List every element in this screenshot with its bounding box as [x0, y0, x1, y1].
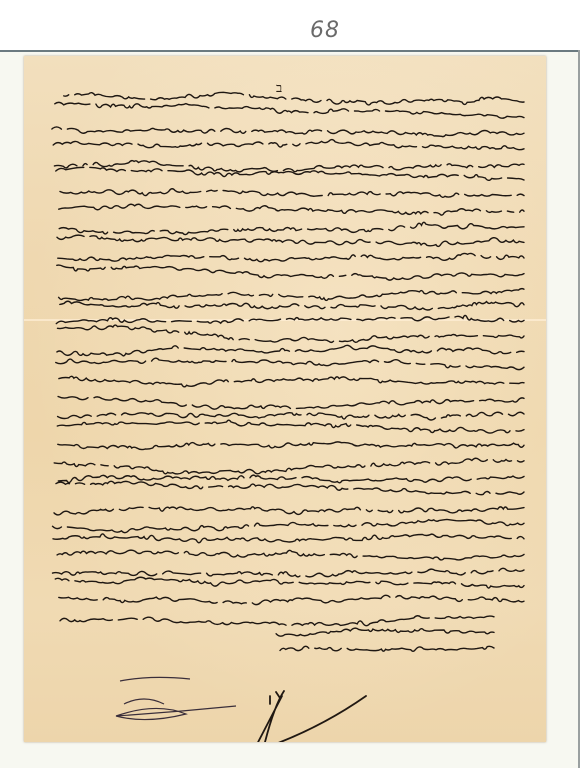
handwritten-line [53, 140, 524, 150]
handwritten-line [58, 92, 524, 105]
handwritten-line [60, 189, 524, 198]
handwritten-line [55, 577, 524, 588]
handwritten-line [57, 420, 524, 433]
handwritten-line [59, 204, 524, 215]
handwritten-line [54, 507, 524, 515]
handwritten-line [55, 102, 524, 118]
handwritten-line [57, 265, 524, 280]
signature-center [254, 691, 366, 742]
handwritten-line [59, 289, 524, 301]
handwritten-line [56, 481, 524, 494]
handwritten-line [50, 358, 524, 369]
handwritten-line [52, 519, 524, 532]
handwritten-line [53, 376, 524, 387]
letter-paper: ב [handwritten Hebrew cursive text — ill… [24, 56, 546, 742]
handwritten-line [57, 345, 524, 356]
handwritten-body [24, 56, 546, 742]
handwritten-line [52, 127, 524, 137]
handwritten-line [57, 235, 524, 246]
signature-left [116, 677, 236, 719]
page-number: 68 [310, 18, 340, 43]
handwritten-line [60, 301, 524, 310]
handwritten-line [54, 458, 524, 474]
mount-edge [578, 50, 580, 768]
handwritten-line [57, 325, 524, 342]
handwritten-line [47, 534, 524, 543]
handwritten-line [58, 412, 524, 420]
handwritten-line [58, 442, 524, 450]
handwritten-line [58, 253, 524, 261]
handwritten-line [60, 616, 494, 626]
handwritten-line [53, 595, 524, 604]
handwritten-line [58, 397, 524, 410]
handwritten-line [59, 222, 524, 234]
handwritten-line [280, 646, 494, 651]
handwritten-line [51, 550, 524, 560]
handwritten-line [46, 568, 524, 577]
handwritten-line [56, 315, 524, 323]
handwritten-line [276, 628, 494, 636]
